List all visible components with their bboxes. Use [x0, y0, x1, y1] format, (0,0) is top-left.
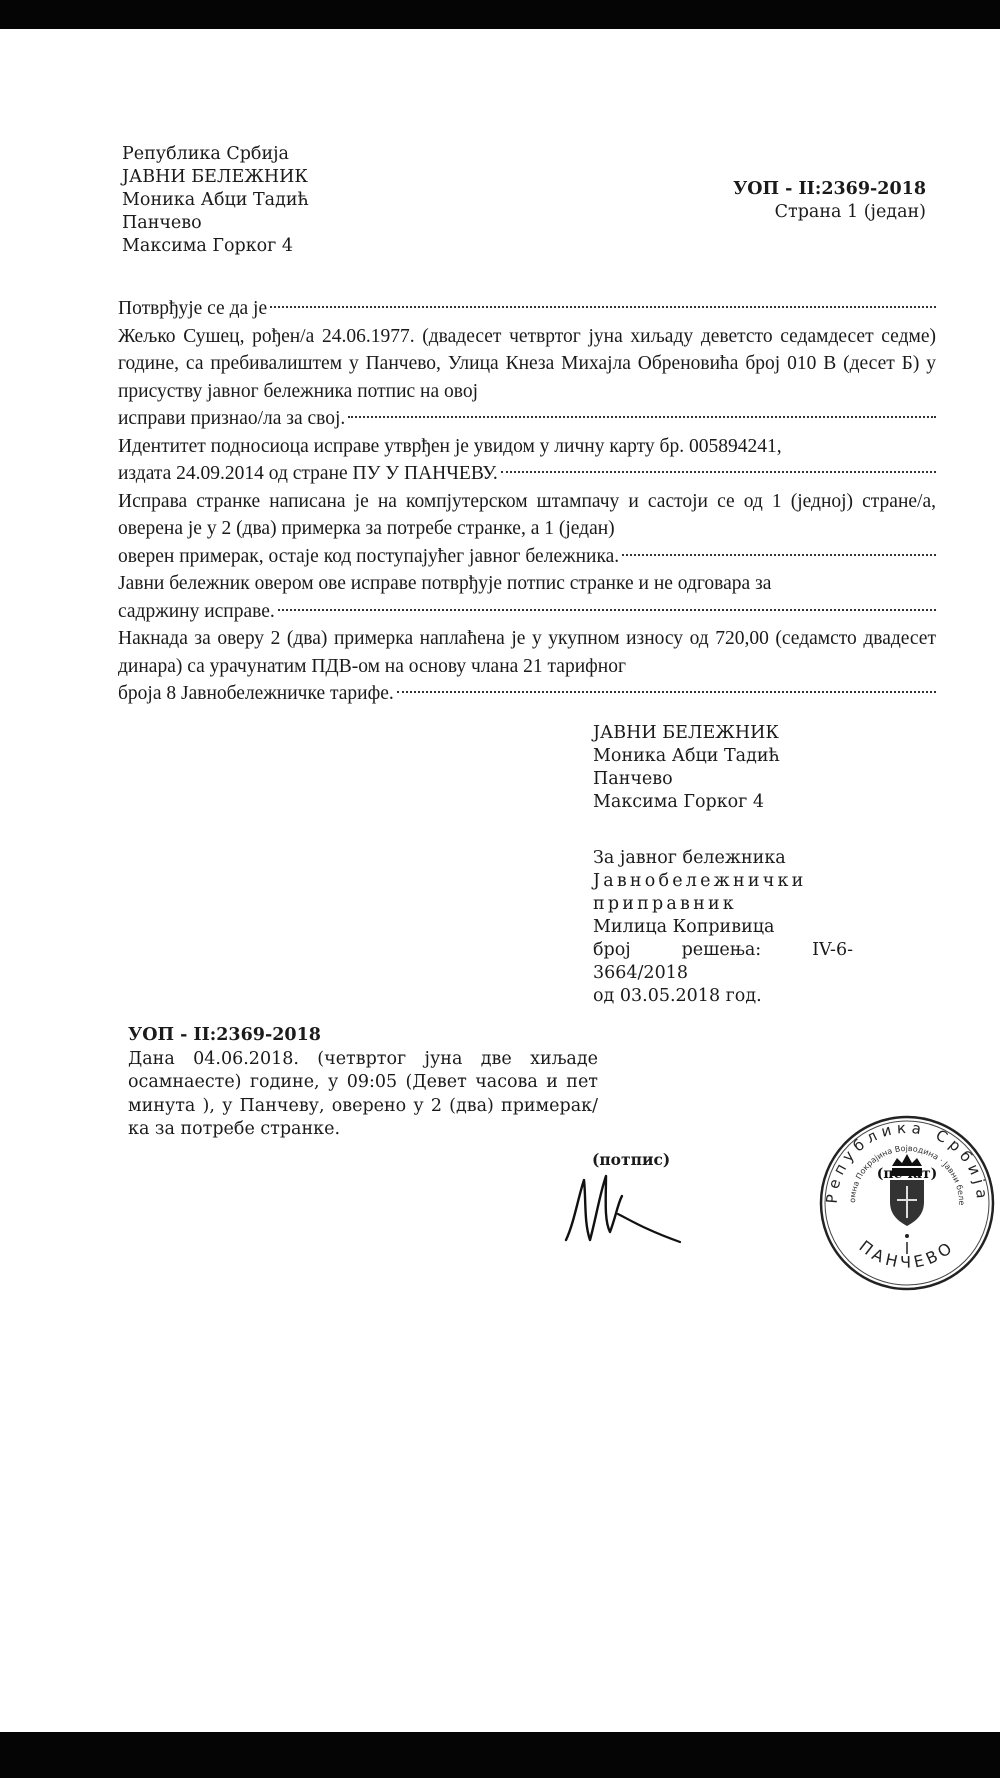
- header-line: Панчево: [122, 212, 309, 235]
- line-text: броја 8 Јавнобележничке тарифе.: [118, 680, 394, 708]
- paragraph-copies-end: оверен примерак, остаје код поступајућег…: [118, 543, 936, 571]
- handwritten-signature-icon: [560, 1168, 700, 1248]
- intro-line: Потврђује се да је: [118, 295, 936, 323]
- header-line: Република Србија: [122, 143, 309, 166]
- deputy-title: Јавнобележнички: [593, 870, 853, 893]
- deputy-block: За јавног бележника Јавнобележнички прип…: [593, 847, 853, 1008]
- dotted-filler: [501, 471, 936, 473]
- notary-header: Република Србија ЈАВНИ БЕЛЕЖНИК Моника А…: [122, 143, 309, 258]
- dotted-filler: [348, 416, 936, 418]
- line-text: садржину исправе.: [118, 598, 275, 626]
- notary-signature-block: ЈАВНИ БЕЛЕЖНИК Моника Абци Тадић Панчево…: [593, 722, 780, 814]
- paragraph-id-card: Идентитет подносиоца исправе утврђен је …: [118, 433, 936, 461]
- certification-text: Дана 04.06.2018. (четвртог јуна две хиља…: [128, 1048, 598, 1142]
- case-number: УОП - II:2369-2018: [733, 178, 926, 201]
- page-label: Страна 1 (један): [733, 201, 926, 224]
- notary-line: Моника Абци Тадић: [593, 745, 780, 768]
- notary-seal-icon: Република Србија Аутономна Покрајина Вој…: [812, 1108, 1000, 1298]
- paragraph-identity: Жељко Сушец, рођен/а 24.06.1977. (двадес…: [118, 323, 936, 406]
- paragraph-fee-end: броја 8 Јавнобележничке тарифе.: [118, 680, 936, 708]
- paragraph-copies: Исправа странке написана је на компјутер…: [118, 488, 936, 543]
- decision-number: 3664/2018: [593, 962, 853, 985]
- notary-line: Максима Горког 4: [593, 791, 780, 814]
- decision-label: број решења: IV-6-: [593, 939, 853, 962]
- intro-text: Потврђује се да је: [118, 295, 267, 323]
- notary-line: ЈАВНИ БЕЛЕЖНИК: [593, 722, 780, 745]
- deputy-title-cont: приправник: [593, 893, 853, 916]
- bottom-black-bar: [0, 1732, 1000, 1778]
- svg-text:(печат): (печат): [877, 1166, 937, 1182]
- paragraph-liability-end: садржину исправе.: [118, 598, 936, 626]
- line-text: оверен примерак, остаје код поступајућег…: [118, 543, 619, 571]
- dotted-filler: [622, 554, 936, 556]
- paragraph-identity-end: исправи признао/ла за свој.: [118, 405, 936, 433]
- paragraph-id-card-end: издата 24.09.2014 од стране ПУ У ПАНЧЕВУ…: [118, 460, 936, 488]
- header-line: ЈАВНИ БЕЛЕЖНИК: [122, 166, 309, 189]
- paragraph-liability: Јавни бележник овером ове исправе потврђ…: [118, 570, 936, 598]
- svg-text:ПАНЧЕВО: ПАНЧЕВО: [856, 1236, 959, 1271]
- decision-date: од 03.05.2018 год.: [593, 985, 853, 1008]
- case-reference: УОП - II:2369-2018 Страна 1 (један): [733, 178, 926, 224]
- line-text: издата 24.09.2014 од стране ПУ У ПАНЧЕВУ…: [118, 460, 498, 488]
- dotted-filler: [397, 691, 936, 693]
- paragraph-fee: Накнада за оверу 2 (два) примерка наплаћ…: [118, 625, 936, 680]
- notary-line: Панчево: [593, 768, 780, 791]
- document-body: Потврђује се да је Жељко Сушец, рођен/а …: [118, 295, 936, 708]
- for-notary-label: За јавног бележника: [593, 847, 853, 870]
- dotted-filler: [278, 609, 936, 611]
- signature-label: (потпис): [592, 1150, 670, 1169]
- top-black-bar: [0, 0, 1000, 29]
- line-text: исправи признао/ла за свој.: [118, 405, 345, 433]
- certification-case-number: УОП - II:2369-2018: [128, 1024, 598, 1048]
- dotted-filler: [270, 306, 936, 308]
- certification-block: УОП - II:2369-2018 Дана 04.06.2018. (чет…: [128, 1024, 598, 1142]
- header-line: Моника Абци Тадић: [122, 189, 309, 212]
- header-line: Максима Горког 4: [122, 235, 309, 258]
- deputy-name: Милица Копривица: [593, 916, 853, 939]
